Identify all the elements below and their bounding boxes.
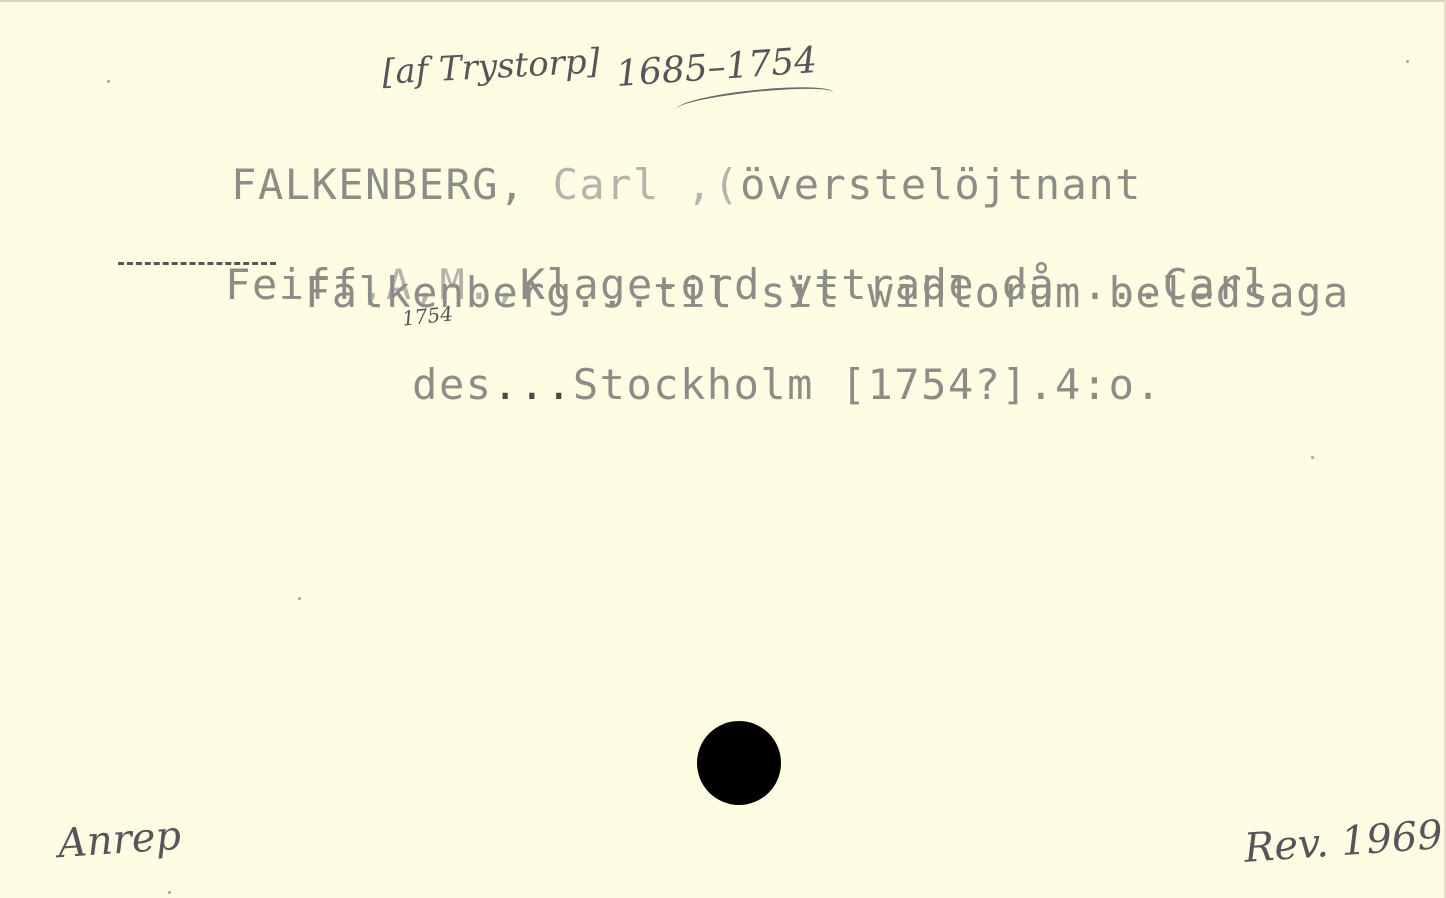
cataloger-signature: Anrep xyxy=(57,816,183,864)
paper-speck xyxy=(107,80,110,83)
punch-hole xyxy=(697,721,781,805)
heading-forename: Carl , xyxy=(526,160,714,209)
handwritten-family-note: [af Trystorp] xyxy=(381,44,600,89)
revision-note: Rev. 1969 xyxy=(1243,815,1444,869)
entry-line3-ellipsis: ... xyxy=(493,360,573,409)
catalog-card: [af Trystorp] 1685–1754 FALKENBERG, Carl… xyxy=(0,0,1446,898)
paper-speck xyxy=(168,891,171,894)
paper-speck xyxy=(298,597,301,600)
heading-surname: FALKENBERG, xyxy=(231,160,526,209)
paper-speck xyxy=(1406,60,1409,63)
heading-title: överstelöjtnant xyxy=(740,160,1142,209)
entry-imprint: Stockholm [1754?].4:o. xyxy=(573,360,1162,409)
handwritten-year-insert: 1754 xyxy=(401,303,454,328)
author-underline xyxy=(118,262,276,265)
entry-line3-pre: des xyxy=(412,360,492,409)
entry-line-3: des...Stockholm [1754?].4:o. xyxy=(305,322,1162,448)
paper-speck xyxy=(1311,456,1314,459)
heading-title-paren: ( xyxy=(713,160,740,209)
handwritten-life-dates: 1685–1754 xyxy=(615,43,818,93)
entry-line-2: Falkenberg...til sit wihlorum beledsaga xyxy=(305,272,1350,314)
